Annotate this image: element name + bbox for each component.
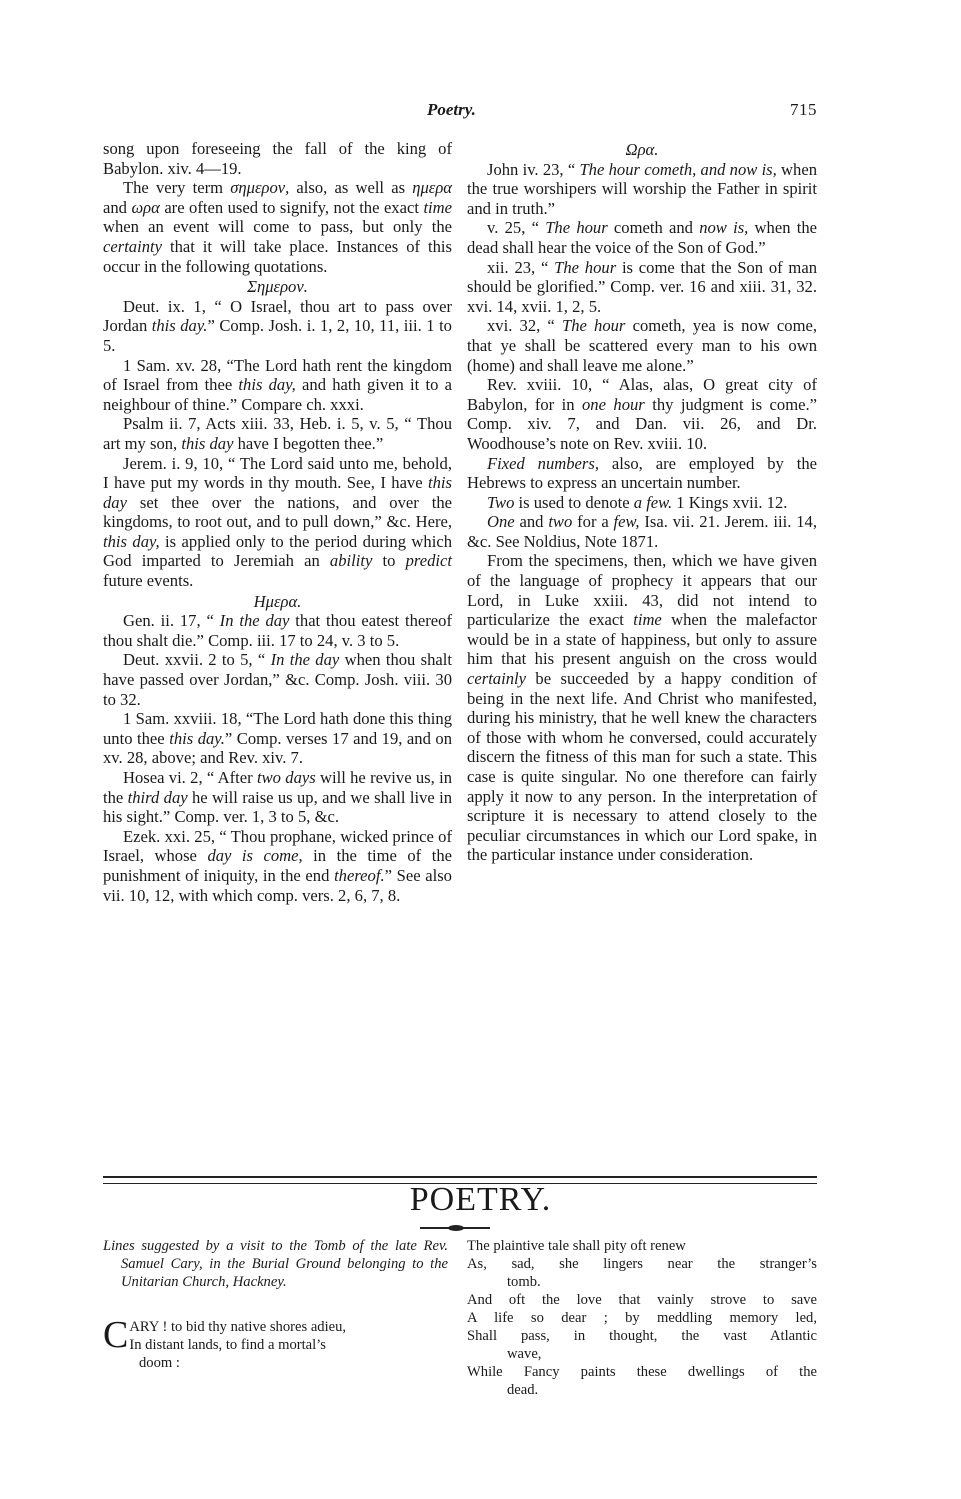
paragraph: Rev. xviii. 10, “ Alas, alas, O great ci… [467, 375, 817, 453]
poem-intro: Lines suggested by a visit to the Tomb o… [103, 1237, 448, 1291]
paragraph: Deut. xxvii. 2 to 5, “ In the day when t… [103, 650, 452, 709]
paragraph: xvi. 32, “ The hour cometh, yea is now c… [467, 316, 817, 375]
poem-line: ARY ! to bid thy native shores adieu, [103, 1318, 448, 1336]
paragraph: Fixed numbers, also, are employed by the… [467, 454, 817, 493]
paragraph: Hosea vi. 2, “ After two days will he re… [103, 768, 452, 827]
running-head-title: Poetry. [427, 100, 476, 120]
paragraph: Deut. ix. 1, “ O Israel, thou art to pas… [103, 297, 452, 356]
document-page: Poetry. 715 song upon foreseeing the fal… [0, 0, 961, 1499]
paragraph: Jerem. i. 9, 10, “ The Lord said unto me… [103, 454, 452, 591]
section-heading: Ωρα. [467, 140, 817, 160]
paragraph: v. 25, “ The hour cometh and now is, whe… [467, 218, 817, 257]
section-title: POETRY. [0, 1178, 961, 1222]
paragraph: Gen. ii. 17, “ In the day that thou eate… [103, 611, 452, 650]
paragraph: 1 Sam. xv. 28, “The Lord hath rent the k… [103, 356, 452, 415]
running-head: Poetry. 715 [103, 100, 817, 124]
section-heading: Σημερον. [103, 277, 452, 297]
ornament-divider [420, 1225, 490, 1231]
poem-line: tomb. [467, 1273, 817, 1291]
poem-line: wave, [467, 1345, 817, 1363]
paragraph: One and two for a few, Isa. vii. 21. Jer… [467, 512, 817, 551]
right-column: Ωρα. John iv. 23, “ The hour cometh, and… [467, 139, 817, 865]
page-number: 715 [790, 100, 817, 120]
paragraph: The very term σημερον, also, as well as … [103, 178, 452, 276]
poem-stanza-left: C ARY ! to bid thy native shores adieu, … [103, 1318, 448, 1372]
paragraph: xii. 23, “ The hour is come that the Son… [467, 258, 817, 317]
paragraph: song upon foreseeing the fall of the kin… [103, 139, 452, 178]
poem-line: doom : [103, 1354, 448, 1372]
section-heading: Ημερα. [103, 592, 452, 612]
left-column: song upon foreseeing the fall of the kin… [103, 139, 452, 905]
poem-line: dead. [467, 1381, 817, 1399]
poem-line: A life so dear ; by meddling memory led, [467, 1309, 817, 1327]
poem-line: And oft the love that vainly strove to s… [467, 1291, 817, 1309]
paragraph: Psalm ii. 7, Acts xiii. 33, Heb. i. 5, v… [103, 414, 452, 453]
poem-line: The plaintive tale shall pity oft renew [467, 1237, 817, 1255]
poem-stanza-right: The plaintive tale shall pity oft renew … [467, 1237, 817, 1399]
paragraph: Ezek. xxi. 25, “ Thou prophane, wicked p… [103, 827, 452, 905]
poem-line: As, sad, she lingers near the stranger’s [467, 1255, 817, 1273]
paragraph: John iv. 23, “ The hour cometh, and now … [467, 160, 817, 219]
paragraph: Two is used to denote a few. 1 Kings xvi… [467, 493, 817, 513]
drop-cap: C [103, 1318, 128, 1352]
poem-line: In distant lands, to find a mortal’s [103, 1336, 448, 1354]
poem-line: While Fancy paints these dwellings of th… [467, 1363, 817, 1381]
paragraph: From the specimens, then, which we have … [467, 551, 817, 865]
poem-line: Shall pass, in thought, the vast Atlanti… [467, 1327, 817, 1345]
paragraph: 1 Sam. xxviii. 18, “The Lord hath done t… [103, 709, 452, 768]
